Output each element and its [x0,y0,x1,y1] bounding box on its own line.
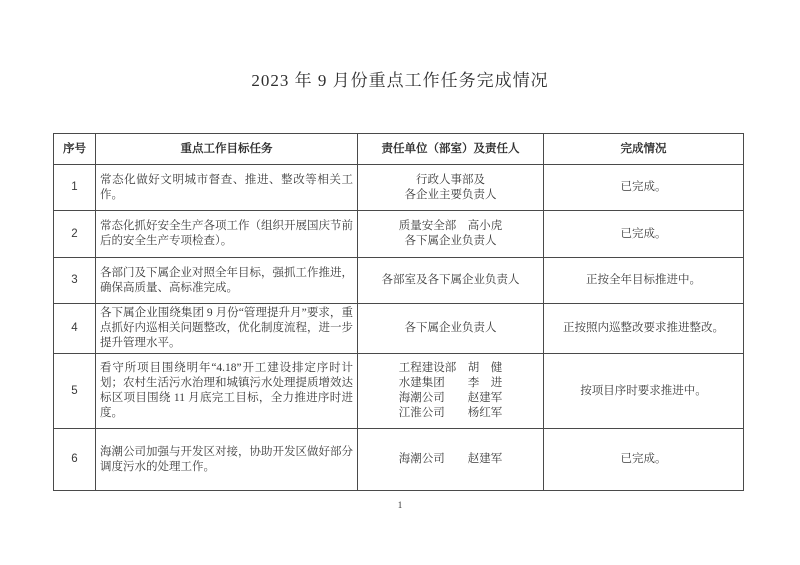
responsible-line: 行政人事部及 [362,173,539,188]
status-cell: 已完成。 [544,429,744,491]
row-number: 5 [54,354,96,429]
task-cell: 各部门及下属企业对照全年目标，强抓工作推进，确保高质量、高标准完成。 [96,258,358,304]
row-number: 3 [54,258,96,304]
responsible-cell: 行政人事部及 各企业主要负责人 [358,165,544,211]
responsible-line: 海潮公司 赵建军 [399,391,503,406]
responsible-name-list: 工程建设部 胡 健 水建集团 李 进 海潮公司 赵建军 江淮公司 杨红军 [399,361,503,421]
task-table: 序号 重点工作目标任务 责任单位（部室）及责任人 完成情况 1 常态化做好文明城… [53,133,744,491]
task-cell: 常态化抓好安全生产各项工作（组织开展国庆节前后的安全生产专项检查）。 [96,211,358,258]
responsible-line: 质量安全部 高小虎 [362,219,539,234]
task-cell: 海潮公司加强与开发区对接，协助开发区做好部分调度污水的处理工作。 [96,429,358,491]
status-cell: 已完成。 [544,165,744,211]
responsible-line: 江淮公司 杨红军 [399,406,503,421]
row-number: 4 [54,304,96,354]
status-cell: 已完成。 [544,211,744,258]
responsible-cell: 海潮公司 赵建军 [358,429,544,491]
header-task: 重点工作目标任务 [96,134,358,165]
responsible-line: 各部室及各下属企业负责人 [362,273,539,288]
row-number: 6 [54,429,96,491]
status-cell: 正按照内巡整改要求推进整改。 [544,304,744,354]
row-number: 1 [54,165,96,211]
responsible-line: 水建集团 李 进 [399,376,503,391]
responsible-line: 各下属企业负责人 [362,321,539,336]
status-cell: 正按全年目标推进中。 [544,258,744,304]
table-row: 1 常态化做好文明城市督查、推进、整改等相关工作。 行政人事部及 各企业主要负责… [54,165,744,211]
table-row: 3 各部门及下属企业对照全年目标，强抓工作推进，确保高质量、高标准完成。 各部室… [54,258,744,304]
responsible-line: 工程建设部 胡 健 [399,361,503,376]
header-serial-number: 序号 [54,134,96,165]
table-header-row: 序号 重点工作目标任务 责任单位（部室）及责任人 完成情况 [54,134,744,165]
responsible-cell: 各部室及各下属企业负责人 [358,258,544,304]
responsible-line: 各下属企业负责人 [362,234,539,249]
task-cell: 常态化做好文明城市督查、推进、整改等相关工作。 [96,165,358,211]
table-row: 6 海潮公司加强与开发区对接，协助开发区做好部分调度污水的处理工作。 海潮公司 … [54,429,744,491]
responsible-cell: 工程建设部 胡 健 水建集团 李 进 海潮公司 赵建军 江淮公司 杨红军 [358,354,544,429]
responsible-cell: 各下属企业负责人 [358,304,544,354]
task-cell: 看守所项目围绕明年“4.18”开工建设排定序时计划；农村生活污水治理和城镇污水处… [96,354,358,429]
responsible-line: 海潮公司 赵建军 [362,452,539,467]
header-status: 完成情况 [544,134,744,165]
header-responsible: 责任单位（部室）及责任人 [358,134,544,165]
table-row: 2 常态化抓好安全生产各项工作（组织开展国庆节前后的安全生产专项检查）。 质量安… [54,211,744,258]
status-cell: 按项目序时要求推进中。 [544,354,744,429]
responsible-cell: 质量安全部 高小虎 各下属企业负责人 [358,211,544,258]
row-number: 2 [54,211,96,258]
page-title: 2023 年 9 月份重点工作任务完成情况 [0,66,800,91]
table-row: 4 各下属企业围绕集团 9 月份“管理提升月”要求，重点抓好内巡相关问题整改，优… [54,304,744,354]
task-cell: 各下属企业围绕集团 9 月份“管理提升月”要求，重点抓好内巡相关问题整改，优化制… [96,304,358,354]
page-number: 1 [0,500,800,510]
responsible-line: 各企业主要负责人 [362,188,539,203]
table-row: 5 看守所项目围绕明年“4.18”开工建设排定序时计划；农村生活污水治理和城镇污… [54,354,744,429]
